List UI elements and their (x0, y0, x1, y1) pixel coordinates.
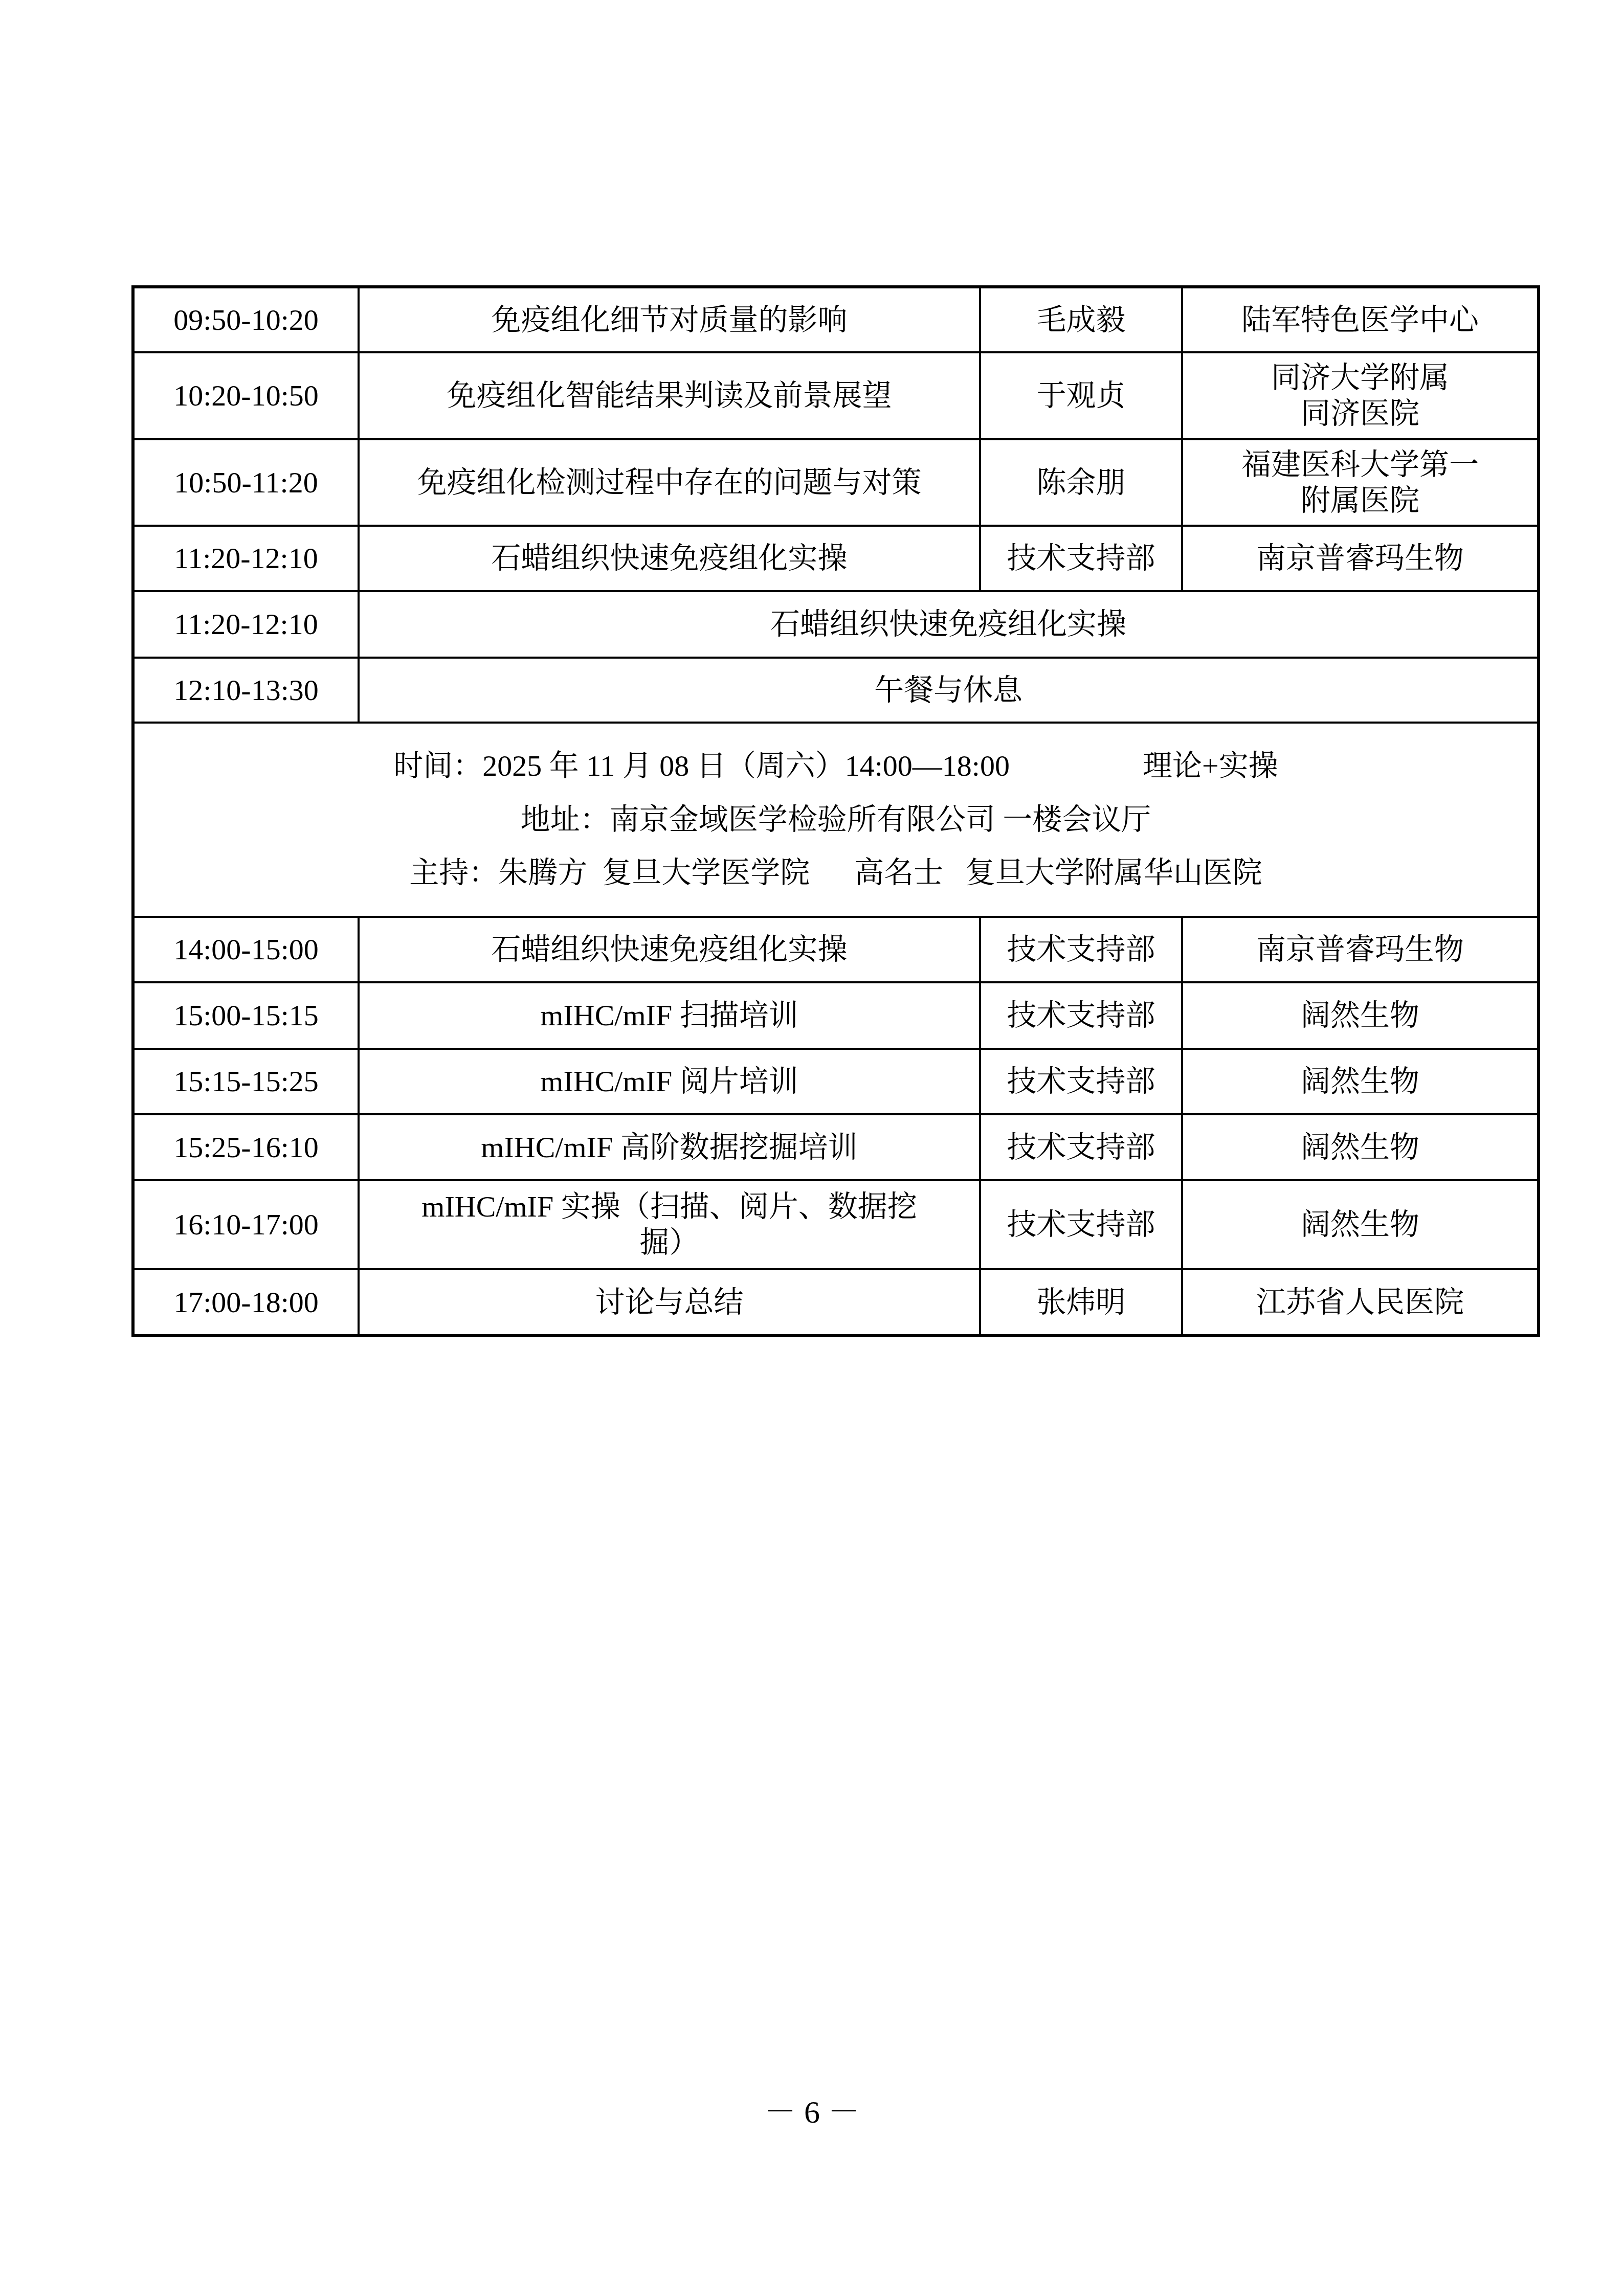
time-cell: 11:20-12:10 (133, 526, 359, 591)
speaker-cell: 毛成毅 (980, 287, 1182, 352)
table-row: 15:15-15:25 mIHC/mIF 阅片培训 技术支持部 阔然生物 (133, 1049, 1539, 1114)
org-cell: 江苏省人民医院 (1182, 1269, 1539, 1336)
time-cell: 10:20-10:50 (133, 352, 359, 439)
time-cell: 16:10-17:00 (133, 1180, 359, 1269)
speaker-cell: 陈余朋 (980, 439, 1182, 526)
table-row: 15:00-15:15 mIHC/mIF 扫描培训 技术支持部 阔然生物 (133, 982, 1539, 1049)
topic-line: mIHC/mIF 实操（扫描、阅片、数据挖 (367, 1189, 972, 1225)
table-row: 09:50-10:20 免疫组化细节对质量的影响 毛成毅 陆军特色医学中心 (133, 287, 1539, 352)
topic-cell: 石蜡组织快速免疫组化实操 (359, 526, 980, 591)
org-line: 同济医院 (1190, 396, 1530, 432)
schedule-table: 09:50-10:20 免疫组化细节对质量的影响 毛成毅 陆军特色医学中心 10… (131, 285, 1540, 1337)
time-cell: 15:00-15:15 (133, 982, 359, 1049)
time-cell: 12:10-13:30 (133, 658, 359, 723)
topic-cell: 免疫组化智能结果判读及前景展望 (359, 352, 980, 439)
topic-cell: mIHC/mIF 实操（扫描、阅片、数据挖 掘） (359, 1180, 980, 1269)
table-row: 10:20-10:50 免疫组化智能结果判读及前景展望 于观贞 同济大学附属 同… (133, 352, 1539, 439)
session-info-row: 时间：2025 年 11 月 08 日（周六）14:00—18:00理论+实操 … (133, 723, 1539, 917)
topic-cell: 讨论与总结 (359, 1269, 980, 1336)
org-cell: 陆军特色医学中心 (1182, 287, 1539, 352)
session-mode: 理论+实操 (1143, 749, 1278, 782)
topic-cell: mIHC/mIF 扫描培训 (359, 982, 980, 1049)
speaker-cell: 技术支持部 (980, 1114, 1182, 1180)
session-time: 时间：2025 年 11 月 08 日（周六）14:00—18:00 (393, 749, 1010, 782)
time-cell: 15:15-15:25 (133, 1049, 359, 1114)
speaker-cell: 技术支持部 (980, 917, 1182, 982)
org-line: 福建医科大学第一 (1190, 447, 1530, 483)
table-row: 12:10-13:30 午餐与休息 (133, 658, 1539, 723)
org-cell: 南京普睿玛生物 (1182, 526, 1539, 591)
table-row: 17:00-18:00 讨论与总结 张炜明 江苏省人民医院 (133, 1269, 1539, 1336)
org-line: 同济大学附属 (1190, 360, 1530, 396)
speaker-cell: 技术支持部 (980, 982, 1182, 1049)
time-cell: 14:00-15:00 (133, 917, 359, 982)
document-page: 09:50-10:20 免疫组化细节对质量的影响 毛成毅 陆军特色医学中心 10… (0, 0, 1624, 2296)
table-row: 11:20-12:10 石蜡组织快速免疫组化实操 (133, 591, 1539, 658)
speaker-cell: 技术支持部 (980, 1180, 1182, 1269)
topic-cell: 石蜡组织快速免疫组化实操 (359, 917, 980, 982)
session-address: 地址：南京金域医学检验所有限公司 一楼会议厅 (142, 793, 1530, 846)
table-row: 15:25-16:10 mIHC/mIF 高阶数据挖掘培训 技术支持部 阔然生物 (133, 1114, 1539, 1180)
time-cell: 15:25-16:10 (133, 1114, 359, 1180)
page-number: － 6 － (0, 2086, 1624, 2132)
speaker-cell: 技术支持部 (980, 1049, 1182, 1114)
speaker-cell: 技术支持部 (980, 526, 1182, 591)
topic-cell: mIHC/mIF 阅片培训 (359, 1049, 980, 1114)
time-cell: 10:50-11:20 (133, 439, 359, 526)
org-cell: 阔然生物 (1182, 1180, 1539, 1269)
time-cell: 09:50-10:20 (133, 287, 359, 352)
session-info-cell: 时间：2025 年 11 月 08 日（周六）14:00—18:00理论+实操 … (133, 723, 1539, 917)
topic-cell: mIHC/mIF 高阶数据挖掘培训 (359, 1114, 980, 1180)
table-row: 10:50-11:20 免疫组化检测过程中存在的问题与对策 陈余朋 福建医科大学… (133, 439, 1539, 526)
table-row: 14:00-15:00 石蜡组织快速免疫组化实操 技术支持部 南京普睿玛生物 (133, 917, 1539, 982)
time-cell: 17:00-18:00 (133, 1269, 359, 1336)
org-cell: 阔然生物 (1182, 1114, 1539, 1180)
table-row: 11:20-12:10 石蜡组织快速免疫组化实操 技术支持部 南京普睿玛生物 (133, 526, 1539, 591)
merged-content-cell: 石蜡组织快速免疫组化实操 (359, 591, 1539, 658)
org-cell: 阔然生物 (1182, 982, 1539, 1049)
session-host: 主持：朱腾方 复旦大学医学院 高名士 复旦大学附属华山医院 (142, 846, 1530, 899)
org-line: 附属医院 (1190, 483, 1530, 519)
org-cell: 同济大学附属 同济医院 (1182, 352, 1539, 439)
speaker-cell: 于观贞 (980, 352, 1182, 439)
org-cell: 南京普睿玛生物 (1182, 917, 1539, 982)
time-cell: 11:20-12:10 (133, 591, 359, 658)
org-cell: 阔然生物 (1182, 1049, 1539, 1114)
session-time-line: 时间：2025 年 11 月 08 日（周六）14:00—18:00理论+实操 (142, 739, 1530, 793)
lunch-break-cell: 午餐与休息 (359, 658, 1539, 723)
topic-cell: 免疫组化检测过程中存在的问题与对策 (359, 439, 980, 526)
speaker-cell: 张炜明 (980, 1269, 1182, 1336)
topic-cell: 免疫组化细节对质量的影响 (359, 287, 980, 352)
table-row: 16:10-17:00 mIHC/mIF 实操（扫描、阅片、数据挖 掘） 技术支… (133, 1180, 1539, 1269)
topic-line: 掘） (367, 1225, 972, 1260)
org-cell: 福建医科大学第一 附属医院 (1182, 439, 1539, 526)
